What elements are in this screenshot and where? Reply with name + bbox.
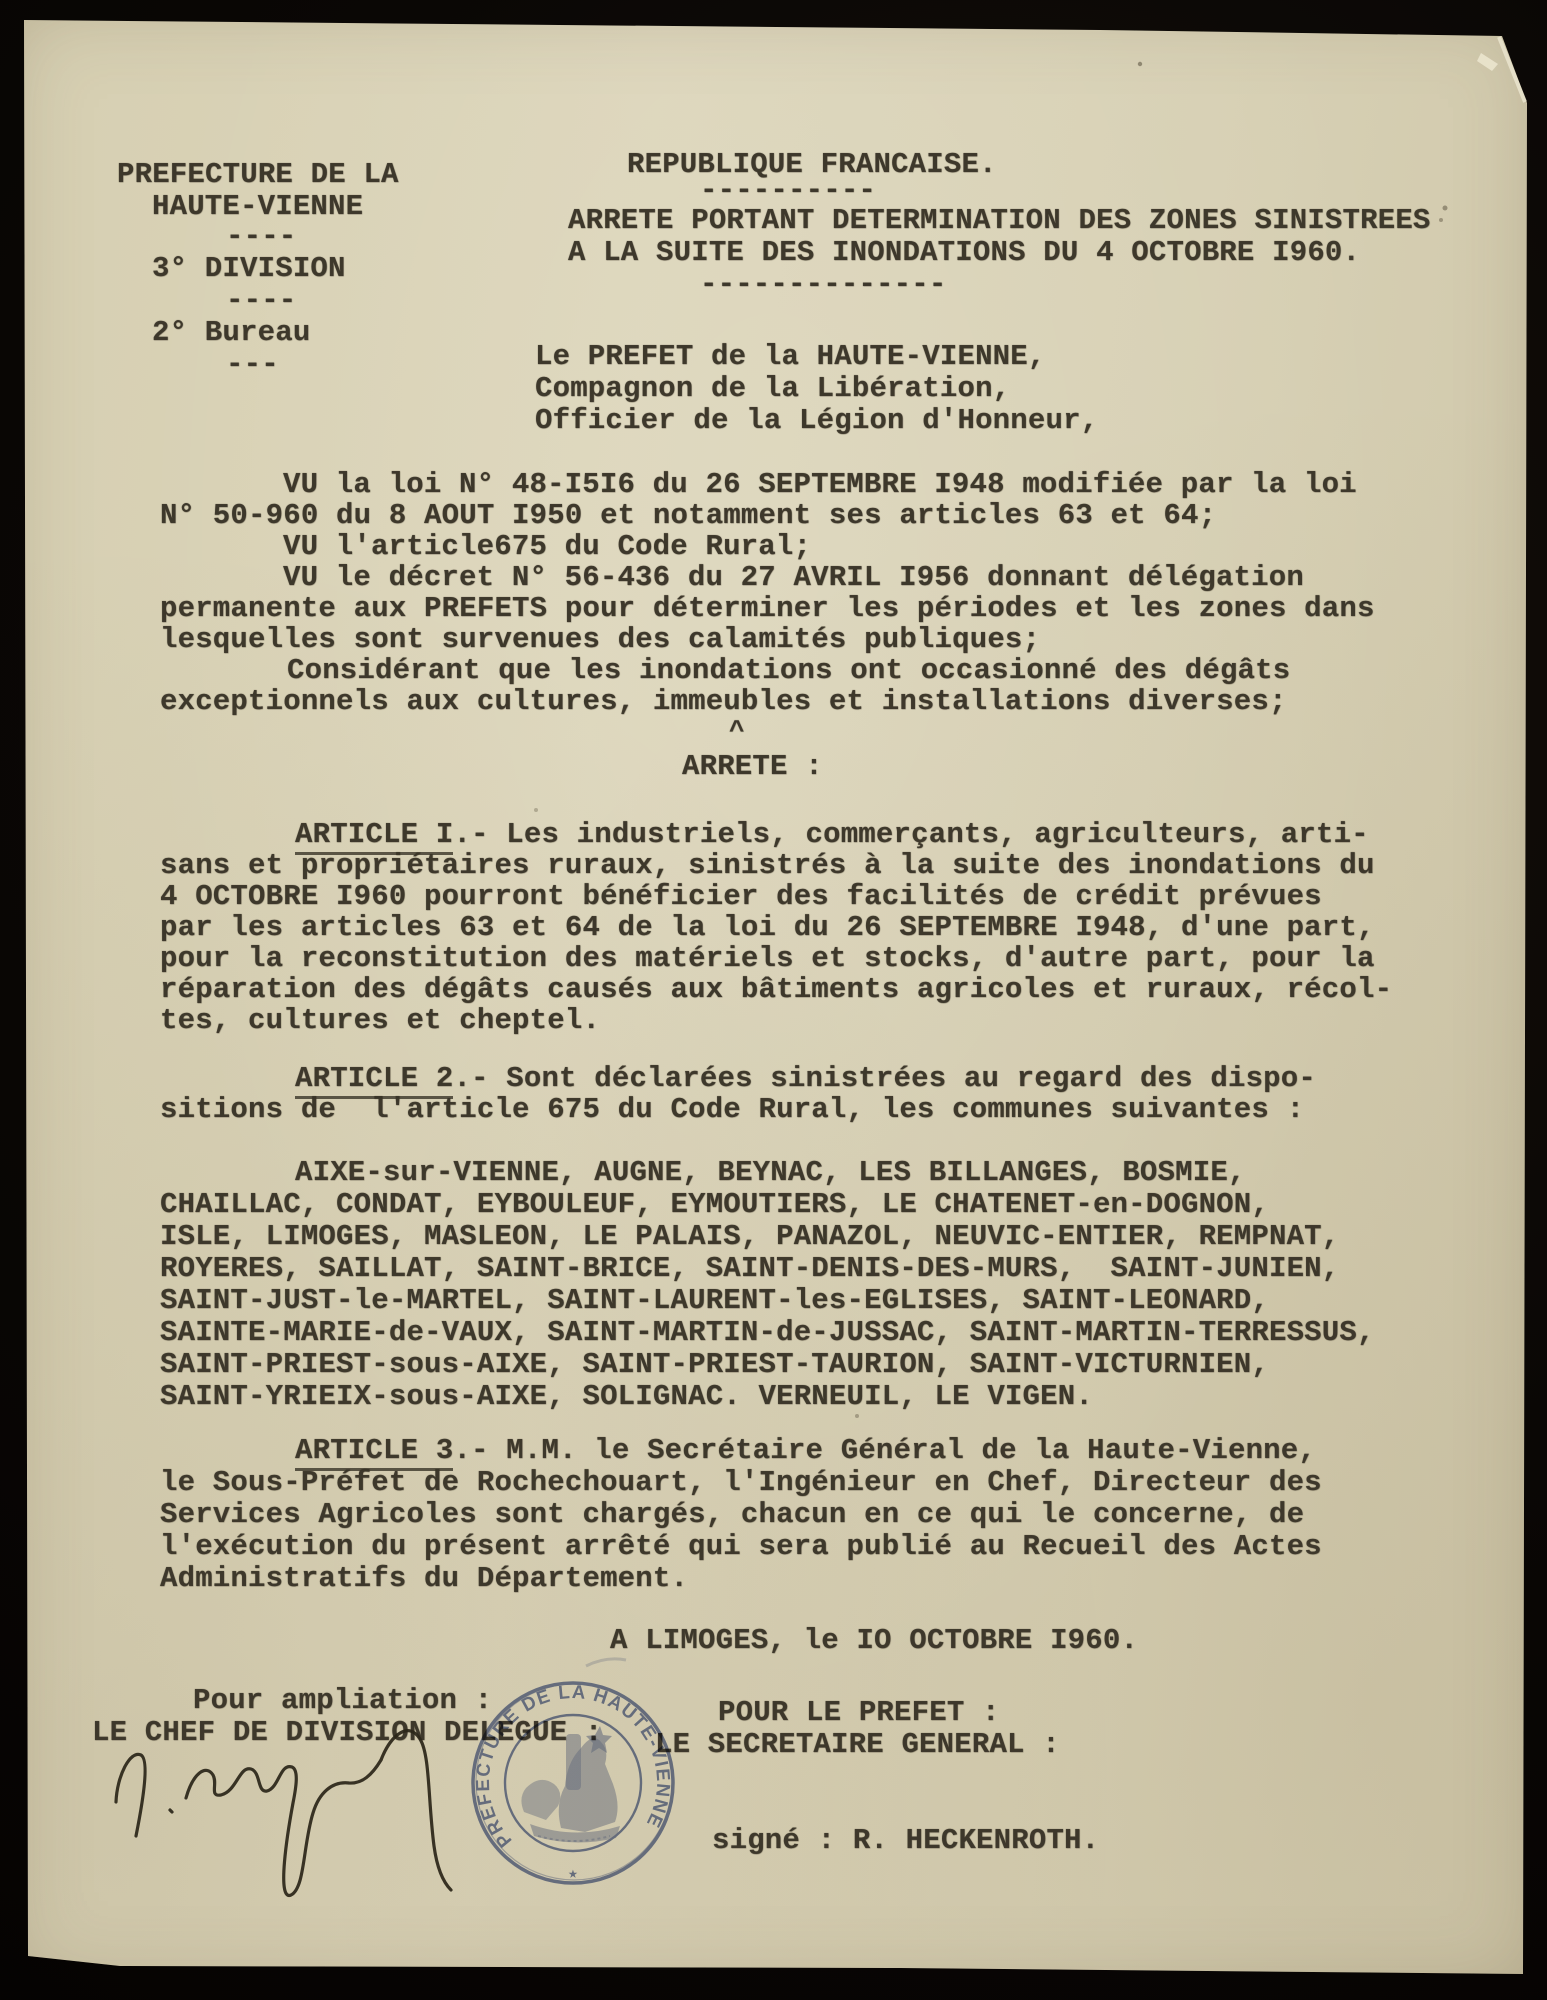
ampliation-line: LE CHEF DE DIVISION DELEGUE : bbox=[92, 1718, 602, 1748]
dash-separator: ---- bbox=[226, 286, 296, 316]
article-line: réparation des dégâts causés aux bâtimen… bbox=[160, 975, 1392, 1005]
article-line: sans et propriétaires ruraux, sinistrés … bbox=[160, 851, 1375, 881]
article-line: ARTICLE I.- Les industriels, commerçants… bbox=[295, 820, 1369, 850]
communes-line: ISLE, LIMOGES, MASLEON, LE PALAIS, PANAZ… bbox=[160, 1222, 1339, 1252]
secretaire-general-line: LE SECRETAIRE GENERAL : bbox=[655, 1730, 1060, 1760]
article-line: sitions de l'article 675 du Code Rural, … bbox=[160, 1095, 1304, 1125]
recital-line: exceptionnels aux cultures, immeubles et… bbox=[160, 687, 1287, 717]
article-line: tes, cultures et cheptel. bbox=[160, 1006, 600, 1036]
dash-separator: --- bbox=[226, 350, 279, 380]
decree-subject-line: A LA SUITE DES INONDATIONS DU 4 OCTOBRE … bbox=[568, 238, 1360, 268]
dash-separator: -------------- bbox=[700, 270, 946, 300]
communes-line: SAINT-PRIEST-sous-AIXE, SAINT-PRIEST-TAU… bbox=[160, 1350, 1269, 1380]
article-line: Services Agricoles sont chargés, chacun … bbox=[160, 1500, 1304, 1530]
article-text: .- M.M. le Secrétaire Général de la Haut… bbox=[453, 1434, 1316, 1467]
communes-line: CHAILLAC, CONDAT, EYBOULEUF, EYMOUTIERS,… bbox=[160, 1190, 1269, 1220]
communes-line: SAINT-JUST-le-MARTEL, SAINT-LAURENT-les-… bbox=[160, 1286, 1269, 1316]
bureau-line: 2° Bureau bbox=[152, 318, 310, 348]
article-line: Administratifs du Département. bbox=[160, 1564, 688, 1594]
prefecture-header-line: PREFECTURE DE LA bbox=[117, 160, 399, 190]
recital-line: lesquelles sont survenues des calamités … bbox=[160, 625, 1040, 655]
recital-line: VU l'article675 du Code Rural; bbox=[283, 532, 811, 562]
division-line: 3° DIVISION bbox=[152, 254, 346, 284]
article-line: l'exécution du présent arrêté qui sera p… bbox=[160, 1532, 1322, 1562]
signed-name-line: signé : R. HECKENROTH. bbox=[712, 1826, 1099, 1856]
article-line: ARTICLE 3.- M.M. le Secrétaire Général d… bbox=[295, 1436, 1316, 1466]
dash-separator: ---- bbox=[226, 222, 296, 252]
typed-circumflex: ^ bbox=[729, 718, 745, 745]
ampliation-line: Pour ampliation : bbox=[193, 1686, 492, 1716]
article-line: pour la reconstitution des matériels et … bbox=[160, 944, 1375, 974]
scanned-document-page: { "page": {"width": 1547, "height": 2000… bbox=[0, 0, 1547, 2000]
pour-le-prefet-line: POUR LE PREFET : bbox=[718, 1698, 1000, 1728]
article-line: 4 OCTOBRE I960 pourront bénéficier des f… bbox=[160, 882, 1322, 912]
article-line: le Sous-Préfet de Rochechouart, l'Ingéni… bbox=[160, 1468, 1322, 1498]
communes-line: ROYERES, SAILLAT, SAINT-BRICE, SAINT-DEN… bbox=[160, 1254, 1339, 1284]
article-text: .- Sont déclarées sinistrées au regard d… bbox=[453, 1062, 1316, 1095]
document-paper: PREFECTURE DE LA HAUTE-VIENNE ---- 3° DI… bbox=[0, 0, 1547, 2000]
recital-line: VU le décret N° 56-436 du 27 AVRIL I956 … bbox=[283, 563, 1304, 593]
prefecture-header-line: HAUTE-VIENNE bbox=[152, 192, 363, 222]
date-place-line: A LIMOGES, le IO OCTOBRE I960. bbox=[610, 1626, 1138, 1656]
communes-line: SAINTE-MARIE-de-VAUX, SAINT-MARTIN-de-JU… bbox=[160, 1318, 1375, 1348]
prefect-line: Compagnon de la Libération, bbox=[535, 374, 1010, 404]
recital-line: permanente aux PREFETS pour déterminer l… bbox=[160, 594, 1375, 624]
dash-separator: ---------- bbox=[700, 176, 876, 206]
article-line: ARTICLE 2.- Sont déclarées sinistrées au… bbox=[295, 1064, 1316, 1094]
prefect-line: Officier de la Légion d'Honneur, bbox=[535, 406, 1098, 436]
recital-line: N° 50-960 du 8 AOUT I950 et notamment se… bbox=[160, 501, 1216, 531]
prefect-line: Le PREFET de la HAUTE-VIENNE, bbox=[535, 342, 1045, 372]
decree-subject-line: ARRETE PORTANT DETERMINATION DES ZONES S… bbox=[568, 206, 1431, 236]
communes-line: AIXE-sur-VIENNE, AUGNE, BEYNAC, LES BILL… bbox=[295, 1158, 1246, 1188]
article-text: .- Les industriels, commerçants, agricul… bbox=[453, 818, 1368, 851]
recital-line: Considérant que les inondations ont occa… bbox=[287, 656, 1290, 686]
recital-line: VU la loi N° 48-I5I6 du 26 SEPTEMBRE I94… bbox=[283, 470, 1357, 500]
arrete-heading: ARRETE : bbox=[682, 752, 823, 782]
article-line: par les articles 63 et 64 de la loi du 2… bbox=[160, 913, 1375, 943]
communes-line: SAINT-YRIEIX-sous-AIXE, SOLIGNAC. VERNEU… bbox=[160, 1382, 1093, 1412]
